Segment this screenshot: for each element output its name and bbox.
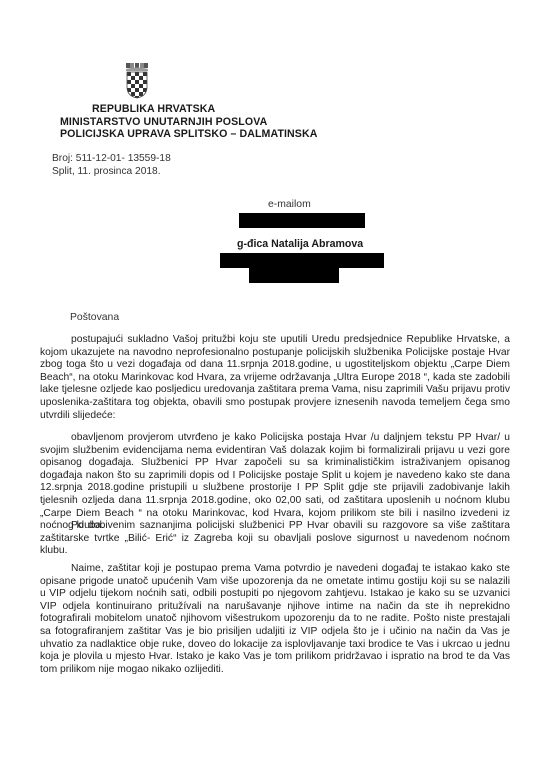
delivery-method: e-mailom (268, 199, 311, 210)
recipient-name: g-đica Natalija Abramova (237, 238, 363, 250)
redaction-address-line-1 (220, 253, 384, 268)
letter-page: REPUBLIKA HRVATSKA MINISTARSTVO UNUTARNJ… (0, 0, 543, 768)
croatian-coat-of-arms-icon (124, 63, 150, 99)
reference-number: Broj: 511-12-01- 13559-18 (52, 152, 171, 165)
paragraph-1: postupajući sukladno Vašoj pritužbi koju… (40, 334, 510, 422)
reference-block: Broj: 511-12-01- 13559-18 Split, 11. pro… (52, 152, 171, 178)
salutation: Poštovana (70, 312, 119, 323)
redaction-email (239, 213, 365, 228)
header-country: REPUBLIKA HRVATSKA (60, 103, 317, 116)
paragraph-4: Naime, zaštitar koji je postupao prema V… (40, 563, 510, 676)
place-date: Split, 11. prosinca 2018. (52, 165, 171, 178)
header-police-administration: POLICIJSKA UPRAVA SPLITSKO – DALMATINSKA (60, 128, 317, 141)
issuer-header: REPUBLIKA HRVATSKA MINISTARSTVO UNUTARNJ… (60, 103, 317, 141)
paragraph-2: obavljenom provjerom utvrđeno je kako Po… (40, 432, 510, 533)
paragraph-3: Po dobivenim saznanjima policijski služb… (40, 520, 510, 558)
redaction-address-line-2 (249, 268, 339, 283)
header-ministry: MINISTARSTVO UNUTARNJIH POSLOVA (60, 116, 317, 129)
